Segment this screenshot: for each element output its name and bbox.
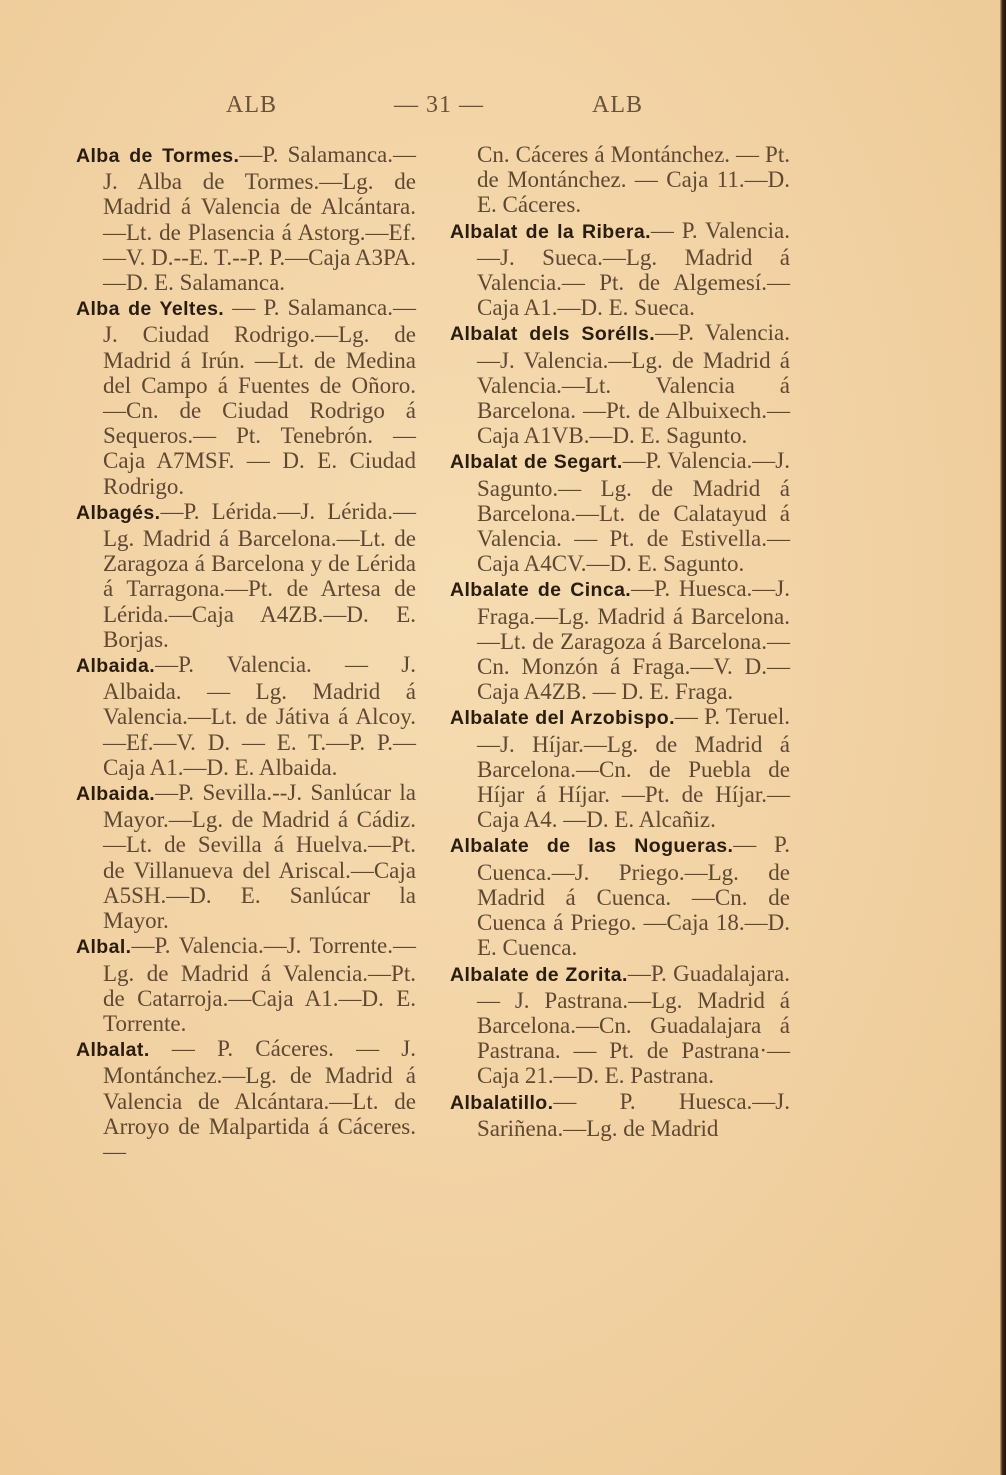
- entry-headword: Albalat de la Ribera.: [450, 221, 651, 243]
- left-column: Alba de Tormes.—P. Salamanca.—J. Alba de…: [76, 142, 416, 1164]
- gazetteer-entry: Albalate de Cinca.—P. Huesca.—J. Fraga.—…: [450, 576, 790, 704]
- entry-text: —P. Valencia.—J. Torrente.—Lg. de Madrid…: [103, 933, 416, 1036]
- gazetteer-entry: Albal.—P. Valencia.—J. Torrente.—Lg. de …: [76, 933, 416, 1036]
- entry-text: Cn. Cáceres á Montánchez. — Pt. de Montá…: [477, 142, 790, 217]
- gazetteer-entry: Alba de Tormes.—P. Salamanca.—J. Alba de…: [76, 142, 416, 295]
- header-right-keyword: ALB: [592, 92, 643, 119]
- entry-headword: Albalat.: [76, 1039, 150, 1061]
- entry-headword: Albalatillo.: [450, 1092, 553, 1114]
- entry-headword: Albalate del Arzobispo.: [450, 707, 675, 729]
- entry-headword: Albaida.: [76, 783, 155, 805]
- entry-headword: Albalat dels Sorélls.: [450, 323, 655, 345]
- gazetteer-entry: Albalate del Arzobispo.— P. Teruel.—J. H…: [450, 704, 790, 832]
- gazetteer-entry: Albagés.—P. Lérida.—J. Lérida.—Lg. Madri…: [76, 499, 416, 652]
- right-column: Cn. Cáceres á Montánchez. — Pt. de Montá…: [450, 142, 790, 1141]
- gazetteer-entry: Albalat de Segart.—P. Valencia.—J. Sagun…: [450, 448, 790, 576]
- entry-headword: Albaida.: [76, 655, 155, 677]
- entry-headword: Albalat de Segart.: [450, 451, 623, 473]
- entry-headword: Alba de Tormes.: [76, 145, 239, 167]
- entry-headword: Albalate de Cinca.: [450, 579, 631, 601]
- page-number: — 31 —: [394, 92, 484, 119]
- entry-headword: Albagés.: [76, 502, 160, 524]
- entry-continuation: Cn. Cáceres á Montánchez. — Pt. de Montá…: [450, 142, 790, 218]
- gazetteer-entry: Albalat. — P. Cáceres. — J. Montánchez.—…: [76, 1036, 416, 1164]
- gazetteer-entry: Albalatillo.— P. Huesca.—J. Sariñena.—Lg…: [450, 1089, 790, 1141]
- gazetteer-entry: Albaida.—P. Sevilla.--J. Sanlúcar la May…: [76, 780, 416, 933]
- book-spine-edge: [1000, 0, 1006, 1475]
- entry-headword: Albalate de las Nogueras.: [450, 835, 733, 857]
- entry-text: — P. Salamanca.—J. Ciudad Rodrigo.—Lg. d…: [103, 295, 416, 498]
- gazetteer-entry: Albalate de Zorita.—P. Guadalajara.— J. …: [450, 961, 790, 1089]
- header-left-keyword: ALB: [226, 92, 277, 119]
- entry-text: — P. Cáceres. — J. Montánchez.—Lg. de Ma…: [103, 1036, 416, 1164]
- gazetteer-entry: Albalat de la Ribera.— P. Valencia.—J. S…: [450, 218, 790, 321]
- entry-headword: Albalate de Zorita.: [450, 964, 628, 986]
- gazetteer-entry: Albalat dels Sorélls.—P. Valencia.—J. Va…: [450, 320, 790, 448]
- entry-headword: Albal.: [76, 936, 132, 958]
- gazetteer-entry: Alba de Yeltes. — P. Salamanca.—J. Ciuda…: [76, 295, 416, 499]
- running-header: ALB — 31 — ALB: [226, 92, 666, 122]
- entry-headword: Alba de Yeltes.: [76, 298, 224, 320]
- gazetteer-entry: Albalate de las Nogueras.— P. Cuenca.—J.…: [450, 832, 790, 960]
- gazetteer-entry: Albaida.—P. Valencia. — J. Albaida. — Lg…: [76, 652, 416, 780]
